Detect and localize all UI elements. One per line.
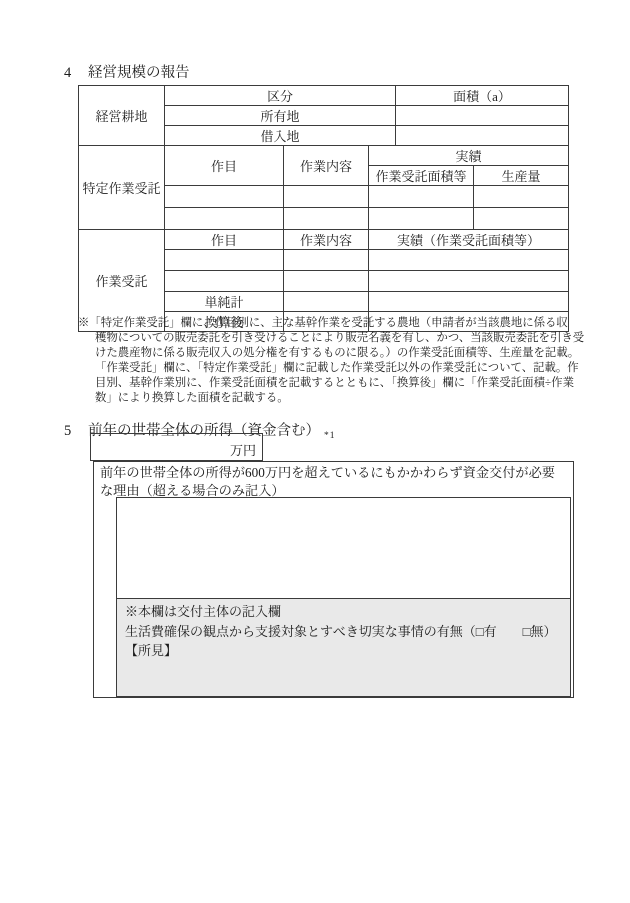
- checkbox-yes[interactable]: □有: [476, 624, 497, 639]
- support-question-line: 生活費確保の観点から支援対象とすべき切実な事情の有無（□有□無）: [125, 622, 562, 642]
- col-header-work-detail: 作業内容: [284, 146, 369, 186]
- footnote-line: 数」により換算した面積を記載する。: [78, 391, 578, 406]
- input-cell-owned-area[interactable]: [396, 106, 569, 126]
- income-unit-label: 万円: [230, 440, 256, 459]
- input-cell-leased-area[interactable]: [396, 126, 569, 146]
- input-cell[interactable]: [165, 271, 284, 292]
- col-header-results-area: 実績（作業受託面積等）: [369, 230, 569, 250]
- reason-label: 前年の世帯全体の所得が600万円を超えているにもかかわらず資金交付が必要な理由（…: [100, 464, 567, 499]
- section4-footnote: ※「特定作業受託」欄に、作目別に、主な基幹作業を受託する農地（申請者が当該農地に…: [78, 316, 578, 406]
- col-header-results: 実績: [369, 146, 569, 166]
- row-label-leased-land: 借入地: [165, 126, 396, 146]
- input-cell[interactable]: [165, 208, 284, 230]
- section4-title: 経営規模の報告: [88, 65, 190, 81]
- cultivated-land-label: 経営耕地: [79, 86, 165, 146]
- input-cell[interactable]: [284, 186, 369, 208]
- business-scale-table: 経営耕地 区分 面積（a） 所有地 借入地 特定作業受託 作目 作業内容 実績: [78, 85, 568, 332]
- specified-work-label: 特定作業受託: [79, 146, 165, 230]
- row-label-owned-land: 所有地: [165, 106, 396, 126]
- grantor-entry-note: ※本欄は交付主体の記入欄: [125, 602, 562, 622]
- footnote-line: 穫物についての販売委託を引き受けることにより販売名義を有し、かつ、当該販売委託を…: [78, 331, 578, 346]
- opinion-input-area[interactable]: [125, 661, 562, 697]
- input-cell[interactable]: [369, 292, 569, 312]
- footnote-line: 目別、基幹作業別に、作業受託面積を記載するとともに、「換算後」欄に「作業受託面積…: [78, 376, 578, 391]
- section5-number: 5: [64, 423, 88, 440]
- input-cell[interactable]: [165, 250, 284, 271]
- footnote-line: ※「特定作業受託」欄に、作目別に、主な基幹作業を受託する農地（申請者が当該農地に…: [78, 316, 578, 331]
- checkbox-no[interactable]: □無: [523, 624, 544, 639]
- section4-number: 4: [64, 65, 88, 82]
- opinion-label: 【所見】: [125, 641, 562, 661]
- support-question-text: 生活費確保の観点から支援対象とすべき切実な事情の有無（: [125, 624, 476, 639]
- input-cell[interactable]: [369, 250, 569, 271]
- input-cell[interactable]: [284, 292, 369, 312]
- footnote-line: けた農産物に係る販売収入の処分権を有するものに限る。）の作業受託面積等、生産量を…: [78, 346, 578, 361]
- cultivated-land-table: 経営耕地 区分 面積（a） 所有地 借入地: [78, 85, 569, 146]
- input-cell[interactable]: [284, 208, 369, 230]
- col-header-work-detail: 作業内容: [284, 230, 369, 250]
- footnote-line: 「作業受託」欄に、「特定作業受託」欄に記載した作業受託以外の作業受託について、記…: [78, 361, 578, 376]
- section5-footnote-ref: *1: [324, 431, 336, 441]
- input-cell[interactable]: [369, 208, 474, 230]
- reason-input-area[interactable]: [116, 497, 571, 599]
- section4-heading: 4経営規模の報告: [64, 61, 190, 82]
- input-cell[interactable]: [284, 271, 369, 292]
- input-cell[interactable]: [369, 186, 474, 208]
- col-header-contract-area: 作業受託面積等: [369, 166, 474, 186]
- table-row: 経営耕地 区分 面積（a）: [79, 86, 569, 106]
- table-row: 作業受託 作目 作業内容 実績（作業受託面積等）: [79, 230, 569, 250]
- col-header-crop: 作目: [165, 146, 284, 186]
- input-cell[interactable]: [284, 250, 369, 271]
- col-header-kubun: 区分: [165, 86, 396, 106]
- col-header-crop: 作目: [165, 230, 284, 250]
- row-label-simple-total: 単純計: [165, 292, 284, 312]
- income-amount-box[interactable]: 万円: [90, 433, 263, 461]
- col-header-production: 生産量: [474, 166, 569, 186]
- income-reason-box: 前年の世帯全体の所得が600万円を超えているにもかかわらず資金交付が必要な理由（…: [93, 461, 574, 698]
- input-cell[interactable]: [474, 208, 569, 230]
- specified-work-contract-table: 特定作業受託 作目 作業内容 実績 作業受託面積等 生産量: [78, 145, 569, 230]
- input-cell[interactable]: [369, 271, 569, 292]
- support-question-close: ）: [543, 624, 556, 639]
- col-header-menseki: 面積（a）: [396, 86, 569, 106]
- input-cell[interactable]: [165, 186, 284, 208]
- form-page: 4経営規模の報告 経営耕地 区分 面積（a） 所有地 借入地 特定作業受託 作: [0, 0, 630, 903]
- grantor-entry-box: ※本欄は交付主体の記入欄 生活費確保の観点から支援対象とすべき切実な事情の有無（…: [116, 598, 571, 697]
- input-cell[interactable]: [474, 186, 569, 208]
- table-row: 特定作業受託 作目 作業内容 実績: [79, 146, 569, 166]
